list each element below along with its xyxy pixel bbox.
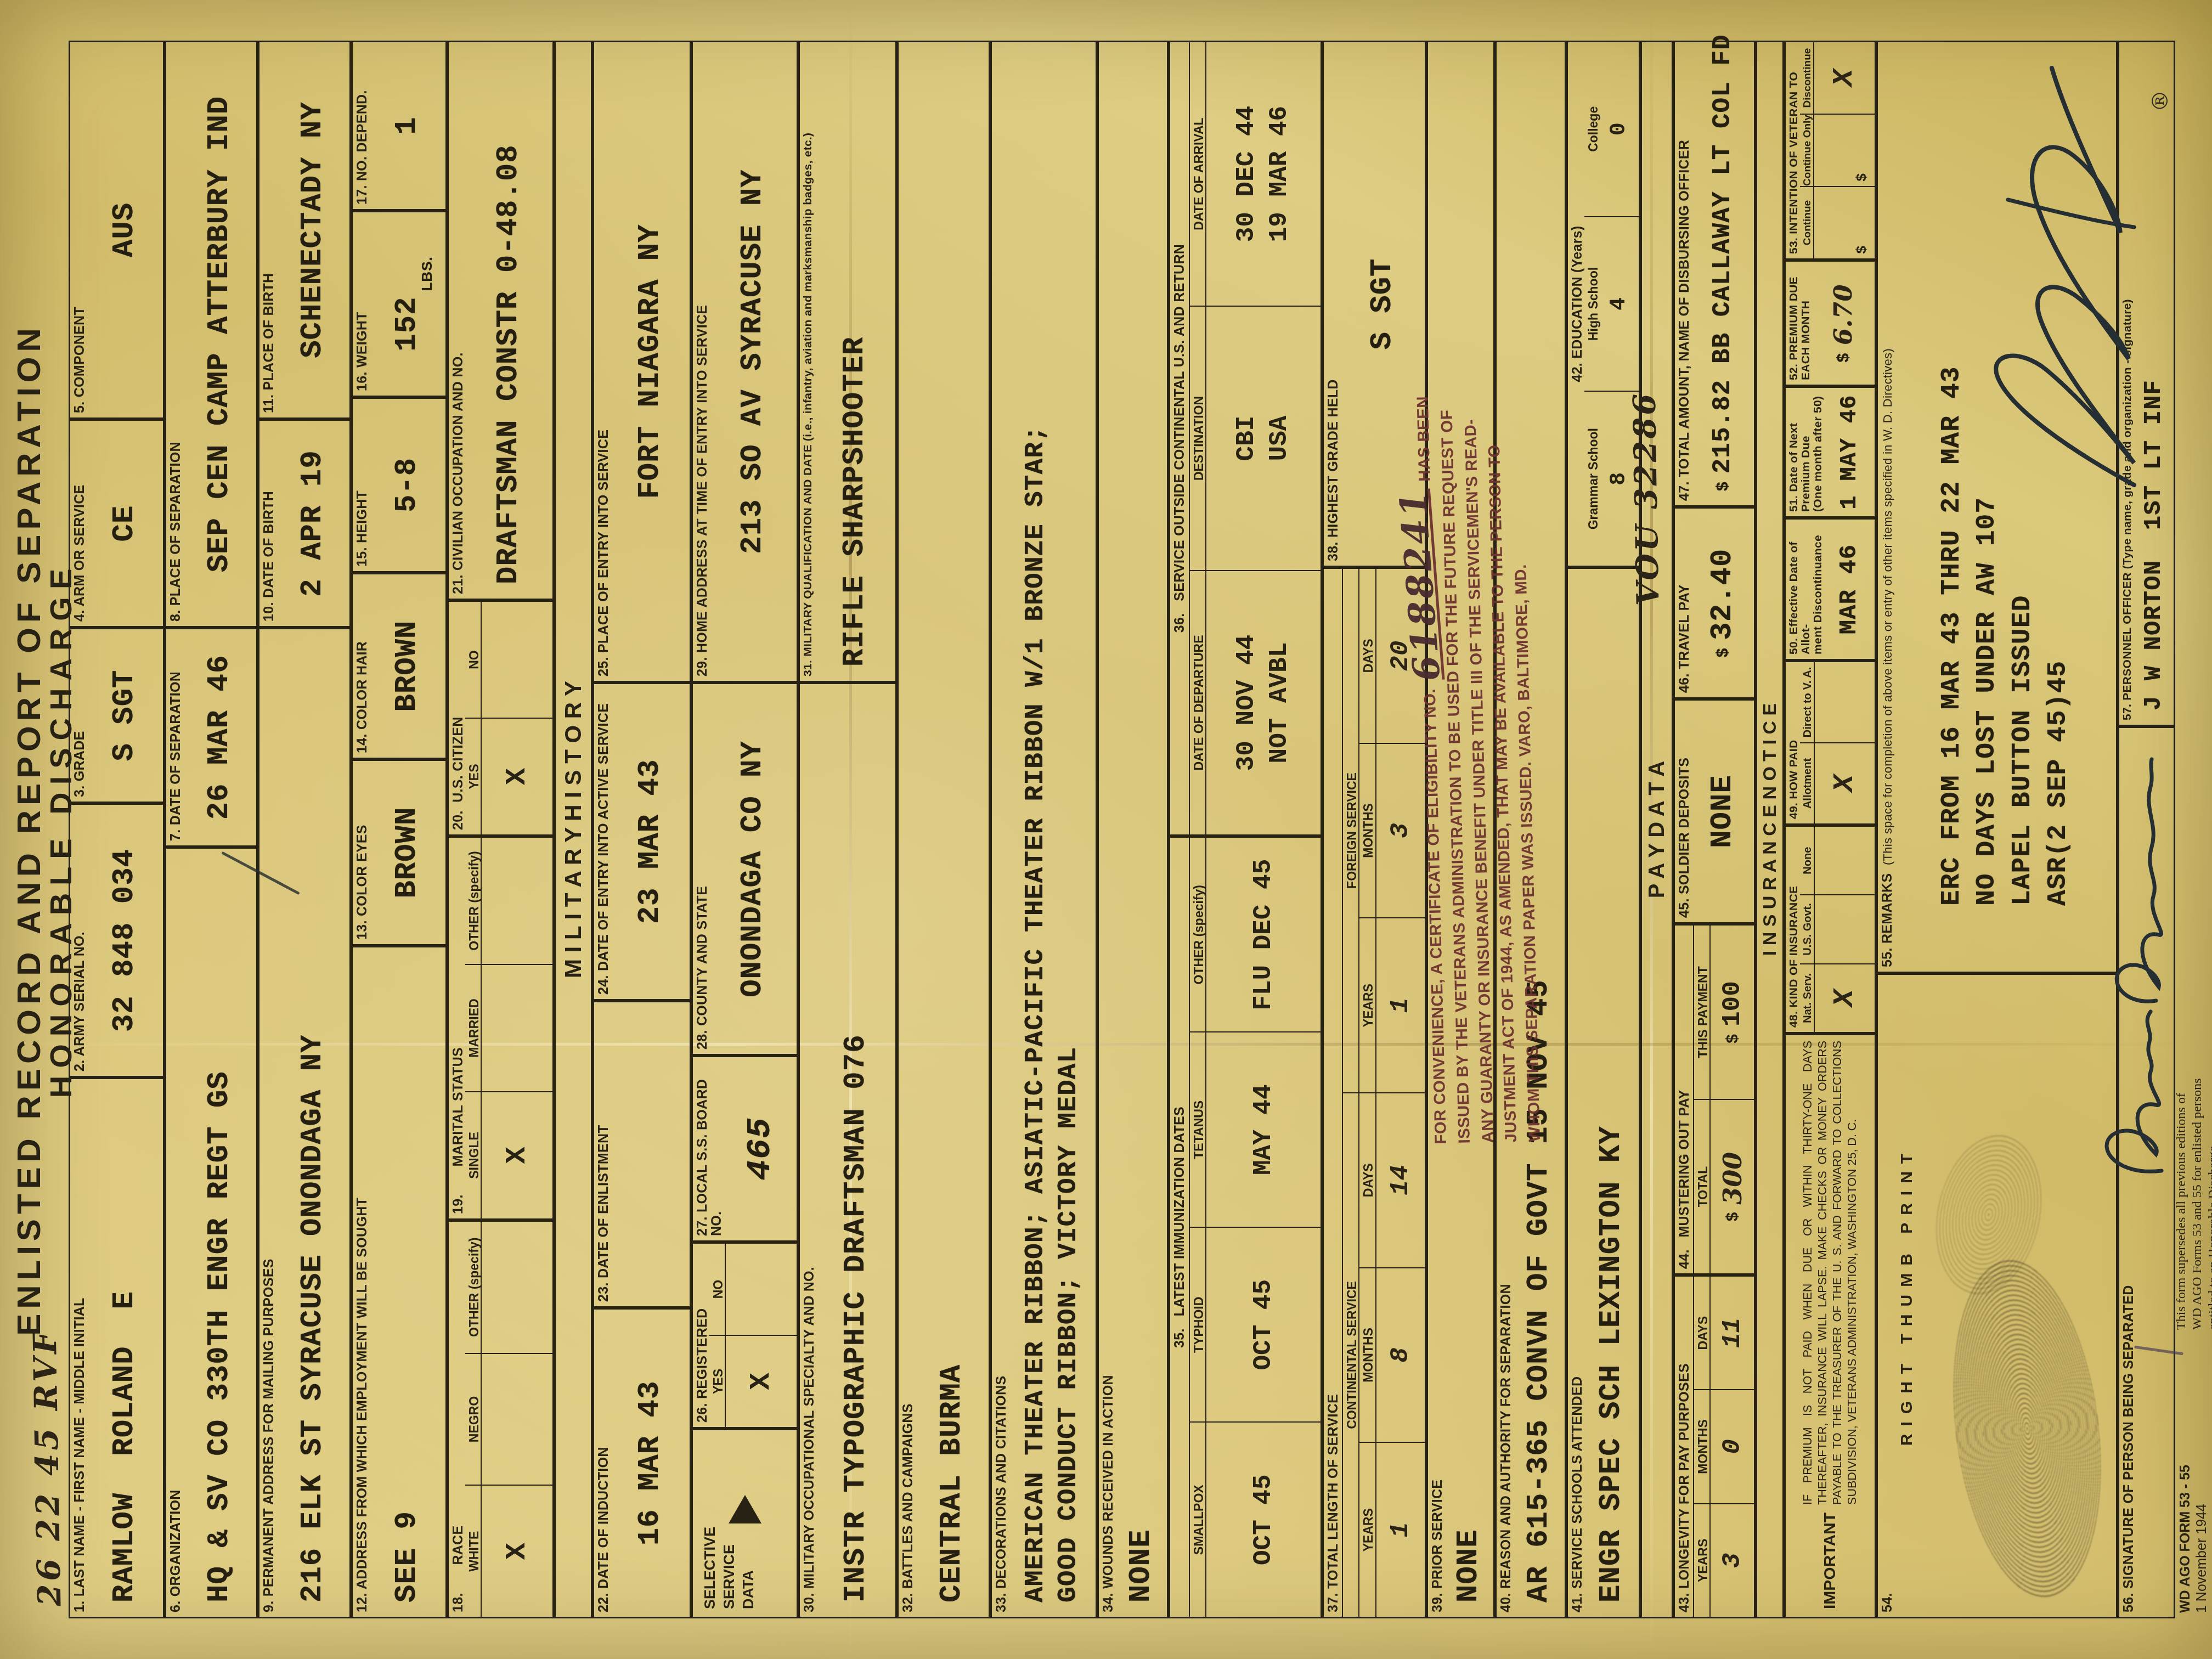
field-11-place-of-birth: 11. PLACE OF BIRTH SCHENECTADY NY (258, 41, 351, 419)
field-value: CE (87, 421, 163, 626)
band-title: M I L I T A R Y H I S T O R Y (560, 681, 586, 978)
x-mark: X (1815, 743, 1875, 823)
field-label: 24. DATE OF ENTRY INTO ACTIVE SERVICE (594, 684, 611, 999)
field-label: 45. SOLDIER DEPOSITS (1675, 701, 1691, 922)
value-line: NOT AVBL (1263, 642, 1296, 764)
service-outside-columns: DATE OF DEPARTURE 30 NOV 44NOT AVBL DEST… (1190, 42, 1321, 834)
years-col: YEARS3 (1694, 1504, 1754, 1617)
column-header: NO (709, 1244, 726, 1335)
value-line: 19 MAR 46 (1263, 106, 1296, 242)
field-label: 44. MUSTERING OUT PAY (1675, 926, 1694, 1273)
field-label: 33. DECORATIONS AND CITATIONS (992, 42, 1008, 1617)
field-label: 34. WOUNDS RECEIVED IN ACTION (1099, 42, 1115, 1617)
amount: 100 (1718, 981, 1747, 1026)
field-value: 26 MAR 46 (183, 629, 256, 845)
field-label: 55. REMARKS (This space for completion o… (1878, 42, 1894, 972)
citizen-no: NO (465, 602, 552, 719)
field-label: 20. U.S. CITIZEN (449, 602, 465, 834)
amount-handwritten: 6.70 (1830, 284, 1858, 345)
typhoid-column: TYPHOIDOCT 45 (1190, 1228, 1321, 1423)
field-32-battles-and-campaigns: 32. BATTLES AND CAMPAIGNS CENTRAL BURMA (897, 41, 990, 1618)
important-word: IMPORTANT (1821, 1505, 1839, 1617)
decorations-line-1: AMERICAN THEATER RIBBON; ASIATIC-PACIFIC… (1019, 425, 1052, 1602)
field-label: 3. GRADE (70, 629, 87, 802)
field-label: 18. RACE (449, 1222, 465, 1617)
note-line: entitled to an Honorable Discharge (2205, 1078, 2212, 1330)
continental-columns: YEARS1 MONTHS8 DAYS14 (1359, 1093, 1425, 1617)
field-value: MAR 46 (1824, 520, 1875, 659)
field-value: AUS (87, 42, 163, 417)
column-header: OTHER (specify) (465, 1222, 482, 1353)
triangle-pointer-icon (729, 1495, 761, 1523)
field-value: 23 MAR 43 (611, 684, 690, 999)
field-33-decorations-and-citations: 33. DECORATIONS AND CITATIONS AMERICAN T… (990, 41, 1097, 1618)
x-mark: X (482, 1092, 552, 1218)
citizen-yes: YESX (465, 719, 552, 834)
column-header: DATE OF ARRIVAL (1190, 42, 1206, 306)
field-9-permanent-address: 9. PERMANENT ADDRESS FOR MAILING PURPOSE… (258, 628, 351, 1618)
x-mark: X (482, 1486, 552, 1617)
registered-mark: ® (2148, 90, 2173, 112)
column-value (1815, 827, 1875, 894)
field-value: 2 APR 19 (276, 421, 349, 626)
registered-yes: YESX (709, 1336, 797, 1427)
field-6-organization: 6. ORGANIZATION HQ & SV CO 330TH ENGR RE… (165, 847, 258, 1618)
column-header: Continue (1800, 187, 1814, 258)
field-label: 31. MILITARY QUALIFICATION AND DATE (i.e… (800, 42, 814, 681)
field-30-military-occupational-specialty: 30. MILITARY OCCUPATIONAL SPECIALTY AND … (798, 682, 897, 1618)
field-46-travel-pay: 46. TRAVEL PAY $32.40 (1673, 507, 1756, 699)
signature-roland-ramlow (2079, 748, 2183, 1187)
discontinue-col: DiscontinueX (1800, 42, 1875, 115)
field-22-date-of-induction: 22. DATE OF INDUCTION 16 MAR 43 (592, 1308, 691, 1618)
destination-column: DESTINATION CBIUSA (1190, 307, 1321, 571)
column-header: MONTHS (1359, 1268, 1376, 1442)
field-label: 30. MILITARY OCCUPATIONAL SPECIALTY AND … (800, 684, 816, 1617)
column-header: None (1800, 827, 1815, 894)
column-header: High School (1584, 217, 1600, 391)
field-19-marital-status: 19. MARITAL STATUS SINGLEX MARRIED OTHER… (447, 836, 554, 1220)
field-value: S SGT (87, 629, 163, 802)
field-18-race: 18. RACE WHITEX NEGRO OTHER (specify) (447, 1220, 554, 1618)
column-header: DAYS (1359, 569, 1376, 743)
field-number: 54. (1878, 975, 1894, 1617)
weight-unit: LBS. (419, 256, 445, 291)
group-header: CONTINENTAL SERVICE (1343, 1093, 1359, 1617)
field-label: 7. DATE OF SEPARATION (166, 629, 183, 845)
field-value: FORT NIAGARA NY (611, 42, 690, 681)
registered-no: NO (709, 1244, 797, 1336)
handwritten-corner-note: 26 22 45 RVF (26, 1328, 69, 1606)
label-line: 52. PREMIUM DUE (1787, 276, 1800, 380)
column-header: MONTHS (1694, 1390, 1711, 1503)
field-36-service-outside-us: 36. SERVICE OUTSIDE CONTINENTAL U.S. AND… (1169, 41, 1322, 836)
field-value: SEP CEN CAMP ATTERBURY IND (183, 42, 256, 626)
field-34-wounds-received: 34. WOUNDS RECEIVED IN ACTION NONE (1097, 41, 1169, 1618)
field-17-no-depend: 17. NO. DEPEND. 1 (351, 41, 447, 211)
field-label: 43. LONGEVITY FOR PAY PURPOSES (1675, 1277, 1694, 1617)
marital-single: SINGLEX (465, 1092, 552, 1218)
group-header: FOREIGN SERVICE (1343, 569, 1359, 1092)
column-header: NO (465, 602, 482, 718)
field-value: $32.40 (1691, 509, 1754, 697)
smallpox-column: SMALLPOXOCT 45 (1190, 1423, 1321, 1617)
field-number: 18. (450, 1593, 466, 1612)
remark-line: ERC FROM 16 MAR 43 THRU 22 MAR 43 (1934, 366, 1970, 906)
field-paren-note: (This space for completion of above item… (1881, 348, 1894, 865)
direct-va-col: Direct to V. A. (1800, 662, 1875, 743)
field-value: SEE 9 (369, 947, 445, 1617)
important-text: IF PREMIUM IS NOT PAID WHEN DUE OR WITHI… (1801, 1035, 1860, 1505)
other-column: OTHER (specify)FLU DEC 45 (1190, 838, 1321, 1033)
insurance-kind-columns: Nat. Serv.X U.S. Govt. None (1800, 827, 1875, 1032)
column-value: MAY 44 (1206, 1033, 1321, 1227)
field-value: HQ & SV CO 330TH ENGR REGT GS (183, 849, 256, 1617)
label-line: DATA (739, 1527, 758, 1609)
us-govt-col: U.S. Govt. (1800, 895, 1875, 964)
field-value: ENGR SPEC SCH LEXINGTON KY (1584, 569, 1639, 1617)
field-label: 2. ARMY SERIAL NO. (70, 805, 87, 1076)
military-history-band: M I L I T A R Y H I S T O R Y (554, 41, 592, 1618)
label-line: SERVICE (720, 1527, 739, 1609)
decorations-line-2: GOOD CONDUCT RIBBON; VICTORY MEDAL (1052, 1047, 1085, 1602)
column-header: Nat. Serv. (1800, 964, 1815, 1032)
field-label: 1. LAST NAME - FIRST NAME - MIDDLE INITI… (70, 1079, 87, 1617)
column-header: TETANUS (1190, 1033, 1206, 1227)
field-label: 8. PLACE OF SEPARATION (166, 42, 183, 626)
field-3-grade: 3. GRADE S SGT (69, 628, 165, 803)
field-label: 32. BATTLES AND CAMPAIGNS (899, 42, 915, 1617)
dollar-sign: $ (1723, 1212, 1742, 1222)
field-value: 1 (369, 42, 445, 209)
marital-married: MARRIED (465, 965, 552, 1092)
field-title: LATEST IMMUNIZATION DATES (1172, 1107, 1187, 1316)
column-values: 30 NOV 44NOT AVBL (1206, 571, 1321, 834)
column-header: YES (709, 1336, 726, 1427)
column-value: 3 (1711, 1504, 1754, 1617)
column-values: 30 DEC 4419 MAR 46 (1206, 42, 1321, 306)
field-title: MUSTERING OUT PAY (1677, 1090, 1692, 1238)
field-14-color-hair: 14. COLOR HAIR BROWN (351, 573, 447, 759)
column-header: TOTAL (1694, 1100, 1711, 1273)
column-header: U.S. Govt. (1800, 895, 1815, 963)
field-label: 10. DATE OF BIRTH (259, 421, 276, 626)
x-mark: X (1815, 964, 1875, 1032)
column-value (482, 602, 552, 718)
band-title: P A Y D A T A (1645, 761, 1669, 898)
field-10-date-of-birth: 10. DATE OF BIRTH 2 APR 19 (258, 419, 351, 628)
field-28-county-and-state: 28. COUNTY AND STATE ONONDAGA CO NY (691, 682, 798, 1056)
years-col: YEARS1 (1359, 1443, 1425, 1617)
column-value: OCT 45 (1206, 1228, 1321, 1422)
dollar-sign: $ (1814, 187, 1875, 258)
departure-column: DATE OF DEPARTURE 30 NOV 44NOT AVBL (1190, 571, 1321, 834)
field-value: 216 ELK ST SYRACUSE ONONDAGA NY (276, 629, 349, 1617)
field-value (611, 1002, 690, 1306)
field-50-effective-date-allotment: 50. Effective Date of Allot-ment Discont… (1784, 518, 1876, 661)
important-notice-block: IMPORTANT IF PREMIUM IS NOT PAID WHEN DU… (1784, 1034, 1876, 1618)
column-value (482, 838, 552, 964)
remark-line: ASR(2 SEP 45)45 (2041, 661, 2076, 906)
form-supersedes-note: This form supersedes all previous editio… (2174, 1078, 2212, 1330)
none-col: None (1800, 827, 1875, 895)
field-label: 26. REGISTERED (693, 1244, 709, 1427)
field-number: 36. (1172, 613, 1187, 633)
registered-columns: YESX NO (709, 1244, 797, 1427)
dollar-sign: $ (1834, 353, 1853, 363)
marital-columns: SINGLEX MARRIED OTHER (specify) (465, 838, 552, 1218)
x-mark: X (482, 719, 552, 834)
insurance-notice-band: I N S U R A N C E N O T I C E (1756, 41, 1784, 1618)
field-label: 53. INTENTION OF VETERAN TO (1786, 42, 1800, 258)
selective-service-label: SELECTIVE SERVICE DATA (693, 1527, 797, 1617)
column-value: 0 (1600, 42, 1639, 216)
high-school-col: High School4 (1584, 217, 1639, 392)
field-label: 5. COMPONENT (70, 42, 87, 417)
field-label: 14. COLOR HAIR (353, 574, 369, 758)
field-12-employment-address: 12. ADDRESS FROM WHICH EMPLOYMENT WILL B… (351, 946, 447, 1618)
continue-col: Continue$ (1800, 187, 1875, 258)
college-col: College0 (1584, 42, 1639, 217)
column-header: Allotment (1800, 743, 1815, 823)
tetanus-column: TETANUSMAY 44 (1190, 1033, 1321, 1228)
field-23-date-of-enlistment: 23. DATE OF ENLISTMENT (592, 1001, 691, 1308)
dollar-sign: $ (1713, 481, 1732, 491)
dollar-sign: $ (1713, 648, 1732, 658)
field-title: SERVICE OUTSIDE CONTINENTAL U.S. AND RET… (1172, 244, 1187, 601)
x-mark: X (726, 1336, 797, 1427)
field-title: RACE (450, 1526, 466, 1565)
thumb-print-caption: RIGHT THUMB PRINT (1898, 975, 1916, 1617)
column-header: DATE OF DEPARTURE (1190, 571, 1206, 834)
column-header: OTHER (specify) (1190, 838, 1206, 1032)
field-label: 37. TOTAL LENGTH OF SERVICE (1324, 569, 1343, 1617)
field-value: CENTRAL BURMA (915, 42, 989, 1617)
field-35-immunization-dates: 35. LATEST IMMUNIZATION DATES SMALLPOXOC… (1169, 836, 1322, 1618)
field-value-handwritten: 465 (724, 1057, 797, 1240)
field-29-home-address-at-entry: 29. HOME ADDRESS AT TIME OF ENTRY INTO S… (691, 41, 798, 682)
days-col: DAYS11 (1694, 1277, 1754, 1390)
column-value: FLU DEC 45 (1206, 838, 1321, 1032)
field-label: 16. WEIGHT (353, 212, 369, 396)
field-label: 22. DATE OF INDUCTION (594, 1310, 611, 1617)
field-27-local-ss-board-no: 27. LOCAL S.S. BOARD NO. 465 (691, 1056, 798, 1242)
label-line: 50. Effective Date of Allot- (1787, 541, 1812, 654)
field-label: 4. ARM OR SERVICE (70, 421, 87, 626)
field-value: 16 MAR 43 (611, 1310, 690, 1617)
column-value: 14 (1376, 1093, 1425, 1267)
note-line: This form supersedes all previous editio… (2174, 1078, 2190, 1330)
column-header: Continue Only (1800, 115, 1814, 186)
race-white: WHITEX (465, 1486, 552, 1617)
selective-service-data-block: SELECTIVE SERVICE DATA (691, 1429, 798, 1618)
form-date: 1 November 1944 (2193, 1465, 2210, 1613)
field-label: 41. SERVICE SCHOOLS ATTENDED (1568, 569, 1584, 1617)
form-number-block: WD AGO FORM 53 - 55 1 November 1944 (2177, 1465, 2210, 1613)
field-49-how-paid: 49. HOW PAID AllotmentX Direct to V. A. (1784, 661, 1876, 825)
field-45-soldier-deposits: 45. SOLDIER DEPOSITS NONE (1673, 699, 1756, 924)
months-col: MONTHS8 (1359, 1268, 1425, 1443)
photograph-frame: ENLISTED RECORD AND REPORT OF SEPARATION… (0, 0, 2212, 1659)
field-value: 1 MAY 46 (1824, 388, 1875, 516)
longevity-columns: YEARS3 MONTHS0 DAYS11 (1694, 1277, 1754, 1617)
weight-number: 152 (391, 297, 424, 352)
intention-columns: Continue$ Continue Only$ DiscontinueX (1800, 42, 1875, 258)
column-value: 1 (1376, 1443, 1425, 1617)
column-header: YEARS (1694, 1504, 1711, 1617)
field-label: 49. HOW PAID (1786, 662, 1800, 823)
arrival-column: DATE OF ARRIVAL 30 DEC 4419 MAR 46 (1190, 42, 1321, 307)
column-value (482, 1222, 552, 1353)
race-other: OTHER (specify) (465, 1222, 552, 1354)
field-number: 19. (450, 1194, 466, 1214)
column-header: DAYS (1694, 1277, 1711, 1389)
column-header: Direct to V. A. (1800, 662, 1815, 742)
column-header: YEARS (1359, 918, 1376, 1092)
field-53-intention-of-veteran: 53. INTENTION OF VETERAN TO Continue$ Co… (1784, 41, 1876, 260)
note-line: WD AGO Forms 53 and 55 for enlisted pers… (2190, 1078, 2205, 1330)
field-value: 213 SO AV SYRACUSE NY (709, 42, 797, 681)
field-label: 51. Date of Next Premium Due(One month a… (1786, 388, 1824, 516)
continental-service-group: CONTINENTAL SERVICE YEARS1 MONTHS8 DAYS1… (1343, 1093, 1425, 1617)
field-number: 20. (450, 810, 466, 830)
field-label: 50. Effective Date of Allot-ment Discont… (1786, 520, 1824, 659)
column-value (1815, 895, 1875, 963)
field-5-component: 5. COMPONENT AUS (69, 41, 165, 419)
column-header: WHITE (465, 1486, 482, 1617)
stamp-text: HAS BEEN (1414, 396, 1434, 482)
label-line: 51. Date of Next Premium Due (1787, 423, 1812, 512)
label-line: SELECTIVE (701, 1527, 720, 1609)
field-label: 48. KIND OF INSURANCE (1786, 827, 1800, 1032)
label-line: EACH MONTH (1799, 301, 1812, 380)
field-1-last-name: 1. LAST NAME - FIRST NAME - MIDDLE INITI… (69, 1077, 165, 1618)
field-label: 17. NO. DEPEND. (353, 42, 369, 209)
column-header: NEGRO (465, 1354, 482, 1485)
field-number: 55. REMARKS (1880, 873, 1895, 967)
race-columns: WHITEX NEGRO OTHER (specify) (465, 1222, 552, 1617)
field-value: 152LBS. (369, 212, 445, 396)
continue-only-col: Continue Only$ (1800, 115, 1875, 187)
value-line: 30 DEC 44 (1231, 106, 1263, 242)
column-value: 4 (1600, 217, 1639, 391)
column-header: YES (465, 719, 482, 834)
column-header: OTHER (specify) (465, 838, 482, 964)
field-label: 38. HIGHEST GRADE HELD (1324, 42, 1340, 566)
field-7-date-of-separation: 7. DATE OF SEPARATION 26 MAR 46 (165, 628, 258, 847)
field-label: 27. LOCAL S.S. BOARD NO. (693, 1057, 724, 1240)
field-47-total-amount-disbursing-officer: 47. TOTAL AMOUNT, NAME OF DISBURSING OFF… (1673, 41, 1756, 507)
race-negro: NEGRO (465, 1354, 552, 1486)
field-label: 19. MARITAL STATUS (449, 838, 465, 1218)
signature-jw-norton (1975, 35, 2156, 551)
photo-of-document: { "doc": { "corner_note": "26 22 45 RVF"… (0, 0, 2212, 1659)
remark-line: LAPEL BUTTON ISSUED (2005, 595, 2041, 906)
column-value (482, 1354, 552, 1485)
field-number: 44. (1677, 1249, 1692, 1269)
field-44-mustering-out-pay: 44. MUSTERING OUT PAY TOTAL$300 THIS PAY… (1673, 924, 1756, 1275)
field-label: 11. PLACE OF BIRTH (259, 42, 276, 417)
field-value: 5-8 (369, 399, 445, 571)
column-value (1815, 662, 1875, 742)
dollar-sign: $ (1723, 1034, 1742, 1043)
field-value: BROWN (369, 574, 445, 758)
field-label: 52. PREMIUM DUEEACH MONTH (1786, 262, 1812, 385)
column-value: 11 (1711, 1277, 1754, 1389)
field-8-place-of-separation: 8. PLACE OF SEPARATION SEP CEN CAMP ATTE… (165, 41, 258, 628)
column-value (726, 1244, 797, 1335)
field-43-longevity: 43. LONGEVITY FOR PAY PURPOSES YEARS3 MO… (1673, 1275, 1756, 1618)
field-title: MARITAL STATUS (450, 1047, 466, 1167)
field-25-place-of-entry: 25. PLACE OF ENTRY INTO SERVICE FORT NIA… (592, 41, 691, 682)
value-line: USA (1263, 416, 1296, 461)
field-label: 42. EDUCATION (Years) (1568, 42, 1584, 566)
total-col: TOTAL$300 (1694, 1100, 1754, 1273)
remark-line: NO DAYS LOST UNDER AW 107 (1970, 497, 2005, 906)
field-value: NONE (1691, 701, 1754, 922)
allotment-col: AllotmentX (1800, 743, 1875, 823)
field-51-next-premium-due: 51. Date of Next Premium Due(One month a… (1784, 386, 1876, 518)
how-paid-columns: AllotmentX Direct to V. A. (1800, 662, 1875, 823)
amount-and-name: 215.82 BB CALLAWAY LT COL FD (1708, 34, 1737, 473)
field-48-kind-of-insurance: 48. KIND OF INSURANCE Nat. Serv.X U.S. G… (1784, 825, 1876, 1034)
field-label: 46. TRAVEL PAY (1675, 509, 1691, 697)
column-header: THIS PAYMENT (1694, 926, 1711, 1099)
field-label: 25. PLACE OF ENTRY INTO SERVICE (594, 42, 611, 681)
field-label: 35. LATEST IMMUNIZATION DATES (1170, 838, 1190, 1617)
field-label: 23. DATE OF ENLISTMENT (594, 1002, 611, 1306)
va-eligibility-stamp: FOR CONVENIENCE, A CERTIFICATE OF ELIGIB… (1398, 286, 1547, 1144)
field-label: 47. TOTAL AMOUNT, NAME OF DISBURSING OFF… (1675, 42, 1691, 505)
column-value: $100 (1711, 926, 1754, 1099)
mustering-columns: TOTAL$300 THIS PAYMENT$100 (1694, 926, 1754, 1273)
dollar-sign: $ (1814, 115, 1875, 186)
value-line: CBI (1231, 416, 1263, 461)
citizen-columns: YESX NO (465, 602, 552, 834)
field-value: $6.70 (1812, 262, 1875, 385)
column-header: MARRIED (465, 965, 482, 1091)
column-header: MONTHS (1359, 744, 1376, 918)
column-header: DAYS (1359, 1093, 1376, 1267)
field-value: SCHENECTADY NY (276, 42, 349, 417)
field-number: 35. (1172, 1328, 1187, 1348)
field-2-army-serial-no: 2. ARMY SERIAL NO. 32 848 034 (69, 803, 165, 1077)
nat-serv-col: Nat. Serv.X (1800, 964, 1875, 1032)
field-label: 9. PERMANENT ADDRESS FOR MAILING PURPOSE… (259, 629, 276, 1617)
column-value: 0 (1711, 1390, 1754, 1503)
field-label: 13. COLOR EYES (353, 761, 369, 944)
field-15-height: 15. HEIGHT 5-8 (351, 397, 447, 573)
field-value: INSTR TYPOGRAPHIC DRAFTSMAN 076 (816, 684, 895, 1617)
field-value: DRAFTSMAN CONSTR 0-48.08 (465, 42, 552, 599)
field-24-date-entry-active-service: 24. DATE OF ENTRY INTO ACTIVE SERVICE 23… (592, 682, 691, 1001)
pay-data-band: P A Y D A T A (1640, 41, 1673, 1618)
amount: 32.40 (1706, 549, 1740, 640)
column-header: College (1584, 42, 1600, 216)
field-label: 28. COUNTY AND STATE (693, 684, 709, 1054)
field-label: 21. CIVILIAN OCCUPATION AND NO. (449, 42, 465, 599)
field-label: 29. HOME ADDRESS AT TIME OF ENTRY INTO S… (693, 42, 709, 681)
field-label: 12. ADDRESS FROM WHICH EMPLOYMENT WILL B… (353, 947, 369, 1617)
field-label: 36. SERVICE OUTSIDE CONTINENTAL U.S. AND… (1170, 42, 1190, 834)
field-value: AMERICAN THEATER RIBBON; ASIATIC-PACIFIC… (1008, 42, 1096, 1617)
marital-other: OTHER (specify) (465, 838, 552, 965)
days-col: DAYS14 (1359, 1093, 1425, 1268)
column-header: DESTINATION (1190, 307, 1206, 570)
field-13-color-eyes: 13. COLOR EYES BROWN (351, 759, 447, 946)
this-payment-col: THIS PAYMENT$100 (1694, 926, 1754, 1100)
field-value: $215.82 BB CALLAWAY LT COL FD (1691, 42, 1754, 505)
